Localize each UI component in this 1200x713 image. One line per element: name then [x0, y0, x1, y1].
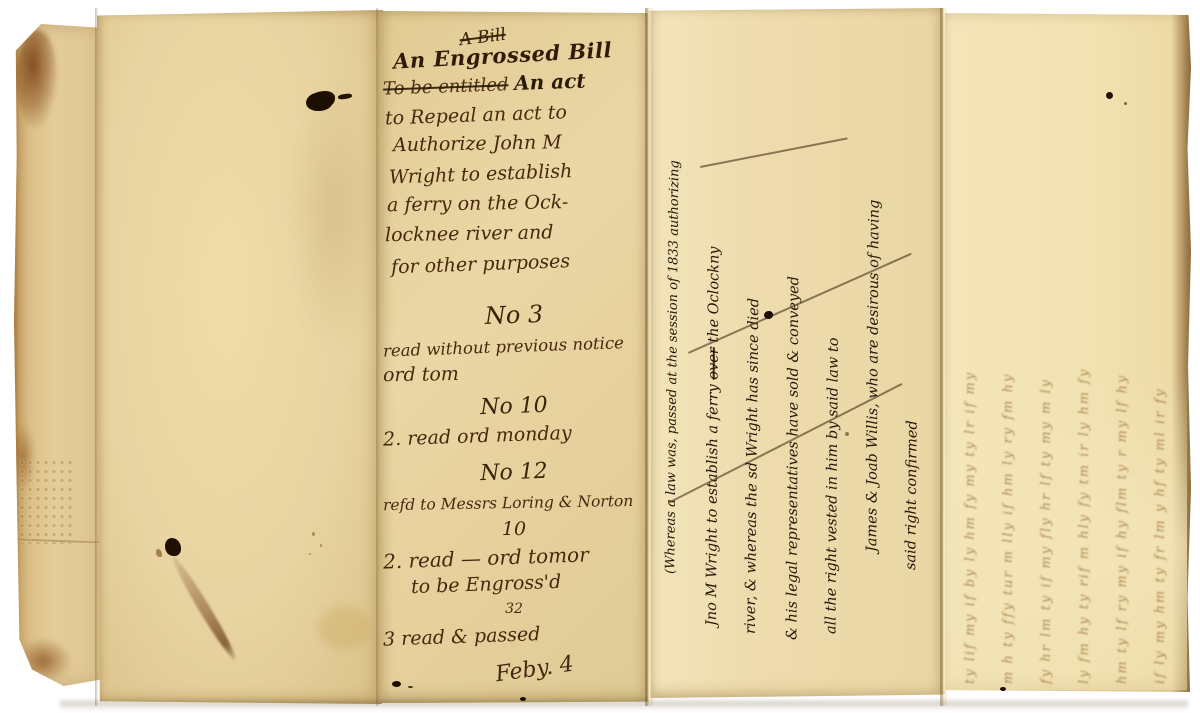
title-body-line: for other purposes — [391, 246, 646, 281]
rotated-side-note: (Whereas a law was, passed at the sessio… — [654, 30, 940, 690]
fold-crease — [95, 8, 98, 706]
ink-dot — [764, 311, 773, 319]
docket-number-12: No 12 — [383, 455, 646, 490]
ink-dot — [520, 697, 526, 701]
embossed-texture — [18, 458, 74, 544]
side-note-line: Jno M Wright to establish a ferry over t… — [692, 30, 736, 626]
ink-speck — [312, 532, 315, 536]
paper-stain — [318, 606, 370, 650]
ink-speck — [845, 432, 849, 436]
struck-word: over — [706, 347, 722, 380]
showthrough-column: if ly my hm ty fr lm y hf ty ml ir fy — [1142, 44, 1180, 684]
showthrough-column: m h ty ffy tur m lly if hm ly ry fm hy — [990, 44, 1028, 684]
title-body-line: Authorize John M — [393, 128, 645, 158]
fold-crease — [376, 8, 379, 706]
side-note-text: Jno M Wright to establish a ferry — [704, 384, 722, 626]
fold-crease — [645, 8, 653, 706]
ink-speck — [320, 544, 322, 547]
showthrough-column: hm ty lf ry my if hy flm ty r my lf hy — [1104, 44, 1142, 684]
docket-number-3: No 3 — [383, 297, 646, 332]
side-note-text: the Oclockny — [706, 246, 723, 342]
title-body-line: to Repeal an act to — [385, 96, 646, 131]
docket-entry: ord tom — [383, 358, 645, 389]
docket-entry: refd to Messrs Loring & Norton — [383, 488, 645, 519]
showthrough-column: ty lif my if by ly hm fy my ty lr if my — [952, 44, 990, 684]
ink-showthrough-text: ty lif my if by ly hm fy my ty lr if my … — [952, 44, 1184, 684]
docket-handwriting: A Bill An Engrossed Bill To be entitled … — [383, 16, 645, 678]
side-note-line: & his legal representatives have sold & … — [772, 30, 815, 640]
an-act-text: An act — [514, 69, 586, 95]
scanned-manuscript-page: ty lif my if by ly hm fy my ty lr if my … — [0, 0, 1200, 713]
side-note-line: said right confirmed — [891, 30, 937, 570]
side-note-line: (Whereas a law was, passed at the sessio… — [651, 30, 697, 574]
title-body-line: locknee river and — [385, 218, 645, 249]
showthrough-column: ly fm hy ty rif m hly fy tm ir ly hm fy — [1066, 44, 1104, 684]
side-note-line: all the right vested in him by said law … — [811, 30, 856, 634]
ink-speck — [309, 553, 311, 555]
ink-stain — [10, 422, 36, 492]
ink-dot — [1000, 687, 1006, 691]
fold-crease — [940, 8, 947, 706]
paper-shading — [288, 70, 378, 350]
ink-dot — [392, 681, 401, 687]
ink-stain — [14, 638, 72, 684]
struck-entitled-text: To be entitled — [383, 74, 509, 99]
side-note-line: river, & whereas the sd Wright has since… — [731, 30, 777, 634]
ink-blot — [165, 538, 181, 556]
title-body-line: Wright to establish — [389, 156, 646, 191]
vote-count: 10 — [383, 516, 645, 542]
side-note-line: James & Joab Willis, who are desirous of… — [852, 30, 896, 552]
ink-dot — [1106, 92, 1113, 99]
showthrough-column: fy hr lm ty if my fly hr lf ty my m ly — [1028, 44, 1066, 684]
paper-flap-left — [14, 24, 104, 686]
title-body-line: a ferry on the Ock- — [387, 188, 645, 218]
crease-line — [14, 538, 106, 543]
ink-stain — [16, 30, 58, 128]
page-shadow — [60, 701, 1188, 710]
